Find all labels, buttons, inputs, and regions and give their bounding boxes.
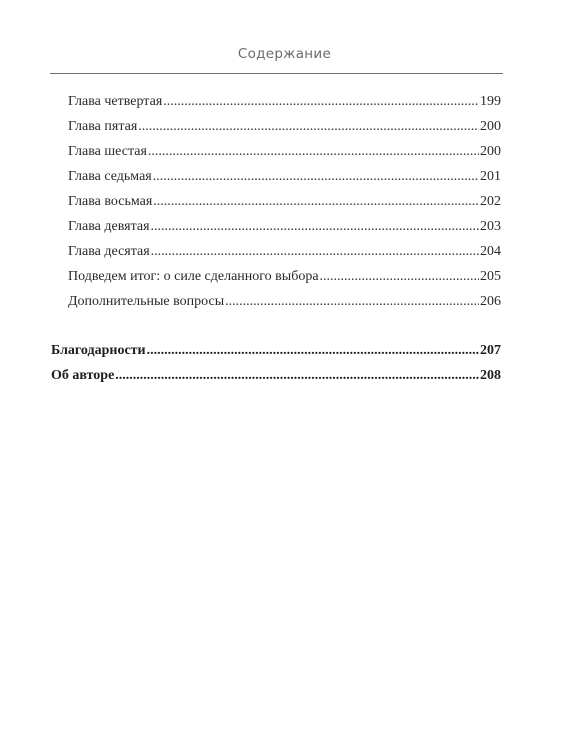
header-rule xyxy=(50,73,503,74)
toc-entry-label: Дополнительные вопросы xyxy=(68,293,224,311)
toc-entry[interactable]: Подведем итог: о силе сделанного выбора … xyxy=(68,268,501,286)
running-head-title: Содержание xyxy=(0,46,569,62)
toc-entry-label: Глава пятая xyxy=(68,118,137,136)
toc-entry-page: 207 xyxy=(480,342,501,360)
toc-entry[interactable]: Глава восьмая 202 xyxy=(68,193,501,211)
toc-entry-page: 204 xyxy=(480,243,501,261)
dot-leader xyxy=(153,168,479,186)
dot-leader xyxy=(153,193,479,211)
toc-entry-label: Глава десятая xyxy=(68,243,150,261)
toc-entry-page: 200 xyxy=(480,118,501,136)
dot-leader xyxy=(225,293,479,311)
toc-entry-page: 200 xyxy=(480,143,501,161)
toc-entry-label: Глава шестая xyxy=(68,143,147,161)
toc-entry-label: Об авторе xyxy=(51,367,114,385)
toc-section-entry[interactable]: Об авторе 208 xyxy=(51,367,501,385)
toc-entry-page: 208 xyxy=(480,367,501,385)
toc-entry-page: 203 xyxy=(480,218,501,236)
toc-entry[interactable]: Глава четвертая 199 xyxy=(68,93,501,111)
toc-entry-label: Глава седьмая xyxy=(68,168,152,186)
toc-entry-page: 199 xyxy=(480,93,501,111)
toc-entry-label: Глава четвертая xyxy=(68,93,162,111)
toc-entry-page: 206 xyxy=(480,293,501,311)
toc-entry[interactable]: Глава шестая 200 xyxy=(68,143,501,161)
toc-entry[interactable]: Дополнительные вопросы 206 xyxy=(68,293,501,311)
dot-leader xyxy=(163,93,479,111)
dot-leader xyxy=(320,268,479,286)
toc-entry[interactable]: Глава седьмая 201 xyxy=(68,168,501,186)
toc-entry[interactable]: Глава десятая 204 xyxy=(68,243,501,261)
toc-entry-label: Глава восьмая xyxy=(68,193,152,211)
toc-entry-page: 201 xyxy=(480,168,501,186)
toc-section-entry[interactable]: Благодарности 207 xyxy=(51,342,501,360)
toc-entry-label: Глава девятая xyxy=(68,218,150,236)
toc-entry-label: Благодарности xyxy=(51,342,146,360)
toc-entry-page: 202 xyxy=(480,193,501,211)
toc-entry[interactable]: Глава пятая 200 xyxy=(68,118,501,136)
toc-entry-label: Подведем итог: о силе сделанного выбора xyxy=(68,268,319,286)
dot-leader xyxy=(148,143,479,161)
dot-leader xyxy=(147,342,479,360)
dot-leader xyxy=(115,367,479,385)
toc-entry[interactable]: Глава девятая 203 xyxy=(68,218,501,236)
dot-leader xyxy=(138,118,479,136)
dot-leader xyxy=(151,243,479,261)
toc-entry-page: 205 xyxy=(480,268,501,286)
dot-leader xyxy=(151,218,479,236)
